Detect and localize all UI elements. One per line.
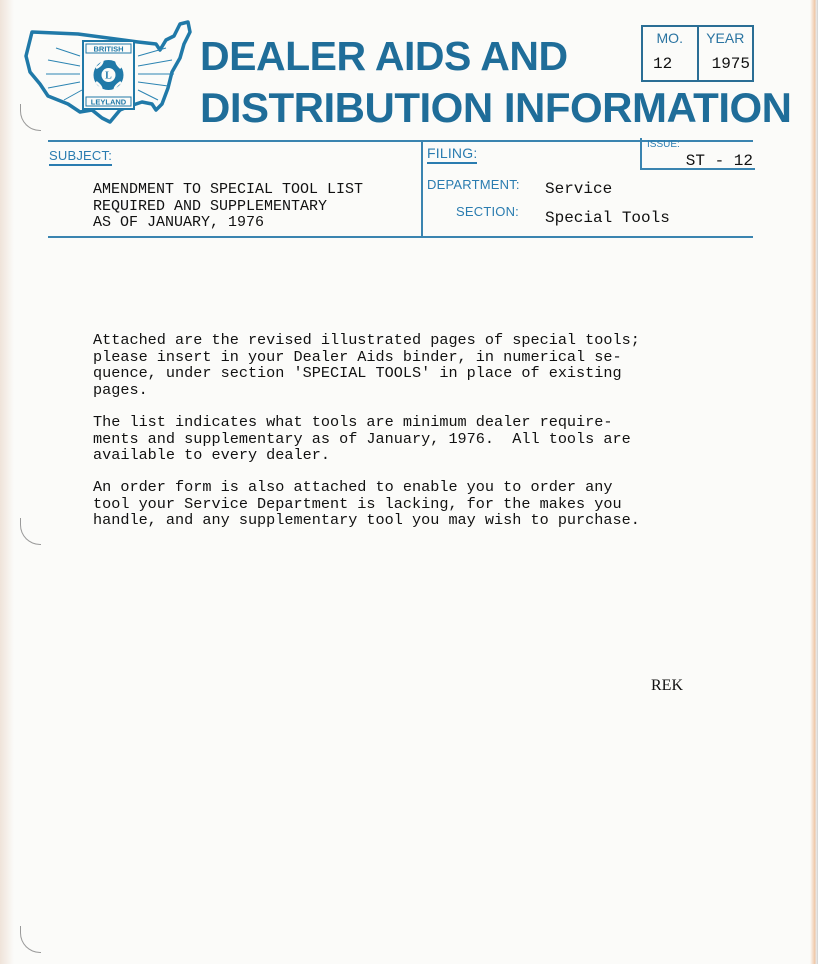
issue-value: ST - 12 bbox=[686, 152, 753, 170]
month-value: 12 bbox=[653, 55, 672, 73]
section-value: Special Tools bbox=[545, 209, 670, 227]
month-cell: MO. 12 bbox=[643, 27, 697, 80]
logo-leyland-text: LEYLAND bbox=[91, 98, 127, 107]
filing-label: FILING: bbox=[427, 145, 477, 164]
year-cell: YEAR 1975 bbox=[697, 27, 753, 80]
month-label: MO. bbox=[643, 30, 697, 46]
issue-box: ISSUE: ST - 12 bbox=[640, 138, 755, 170]
title-line-1: DEALER AIDS AND bbox=[200, 33, 568, 80]
title-line-2: DISTRIBUTION INFORMATION bbox=[200, 84, 792, 132]
issue-label: ISSUE: bbox=[647, 139, 680, 150]
date-box: MO. 12 YEAR 1975 bbox=[641, 25, 754, 82]
punch-hole-middle bbox=[20, 518, 41, 545]
british-leyland-logo: BRITISH L LEYLAND bbox=[18, 18, 193, 128]
subject-label: SUBJECT: bbox=[49, 148, 112, 166]
body-paragraph-3: An order form is also attached to enable… bbox=[93, 479, 713, 529]
body-paragraph-2: The list indicates what tools are minimu… bbox=[93, 414, 713, 464]
department-value: Service bbox=[545, 180, 612, 198]
year-label: YEAR bbox=[699, 30, 753, 46]
signature-initials: REK bbox=[651, 677, 683, 695]
logo-british-text: BRITISH bbox=[94, 45, 124, 54]
svg-text:L: L bbox=[105, 71, 112, 82]
section-label: SECTION: bbox=[456, 204, 519, 219]
subject-text: AMENDMENT TO SPECIAL TOOL LIST REQUIRED … bbox=[93, 182, 363, 232]
page-edge-right bbox=[810, 0, 818, 964]
year-value: 1975 bbox=[712, 55, 750, 73]
punch-hole-bottom bbox=[20, 926, 41, 953]
page-edge-left bbox=[0, 0, 14, 964]
body-paragraph-1: Attached are the revised illustrated pag… bbox=[93, 332, 713, 398]
department-label: DEPARTMENT: bbox=[427, 177, 520, 192]
form-bottom-rule bbox=[48, 236, 753, 238]
form-divider bbox=[421, 140, 423, 238]
